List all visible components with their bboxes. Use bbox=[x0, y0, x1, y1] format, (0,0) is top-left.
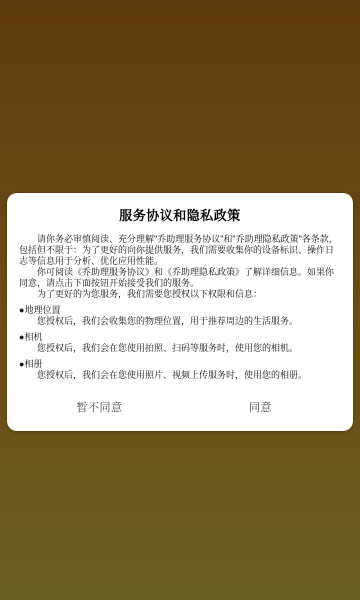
agreement-paragraph: 请你务必审慎阅读、充分理解"乔助理服务协议"和"乔助理隐私政策"各条款，包括但不… bbox=[19, 234, 341, 267]
agreement-paragraph: 为了更好的为您服务，我们需要您授权以下权限和信息： bbox=[19, 289, 341, 300]
dialog-title: 服务协议和隐私政策 bbox=[19, 205, 341, 224]
permission-name: 相机 bbox=[24, 332, 42, 343]
decline-button[interactable]: 暂不同意 bbox=[19, 393, 180, 421]
permission-name: 地理位置 bbox=[24, 305, 60, 316]
permission-label: ●地理位置 bbox=[19, 305, 341, 316]
dialog-button-row: 暂不同意 同意 bbox=[19, 393, 341, 425]
privacy-policy-dialog: 服务协议和隐私政策 请你务必审慎阅读、充分理解"乔助理服务协议"和"乔助理隐私政… bbox=[7, 193, 353, 431]
permission-location: ●地理位置 您授权后，我们会收集您的物理位置，用于推荐周边的生活服务。 bbox=[19, 305, 341, 327]
dialog-body: 请你务必审慎阅读、充分理解"乔助理服务协议"和"乔助理隐私政策"各条款，包括但不… bbox=[19, 234, 341, 381]
agree-button[interactable]: 同意 bbox=[180, 393, 341, 421]
permission-description: 您授权后，我们会在您使用照片、视频上传服务时，使用您的相册。 bbox=[19, 370, 341, 381]
permission-description: 您授权后，我们会在您使用拍照、扫码等服务时，使用您的相机。 bbox=[19, 343, 341, 354]
permission-label: ●相机 bbox=[19, 332, 341, 343]
agreement-paragraph: 你可阅读《乔助理服务协议》和《乔助理隐私政策》了解详细信息。如果你同意，请点击下… bbox=[19, 267, 341, 289]
permission-camera: ●相机 您授权后，我们会在您使用拍照、扫码等服务时，使用您的相机。 bbox=[19, 332, 341, 354]
permission-name: 相册 bbox=[24, 359, 42, 370]
permission-description: 您授权后，我们会收集您的物理位置，用于推荐周边的生活服务。 bbox=[19, 316, 341, 327]
app-background: { "dialog": { "title": "服务协议和隐私政策", "par… bbox=[0, 0, 360, 600]
permission-album: ●相册 您授权后，我们会在您使用照片、视频上传服务时，使用您的相册。 bbox=[19, 359, 341, 381]
permission-label: ●相册 bbox=[19, 359, 341, 370]
